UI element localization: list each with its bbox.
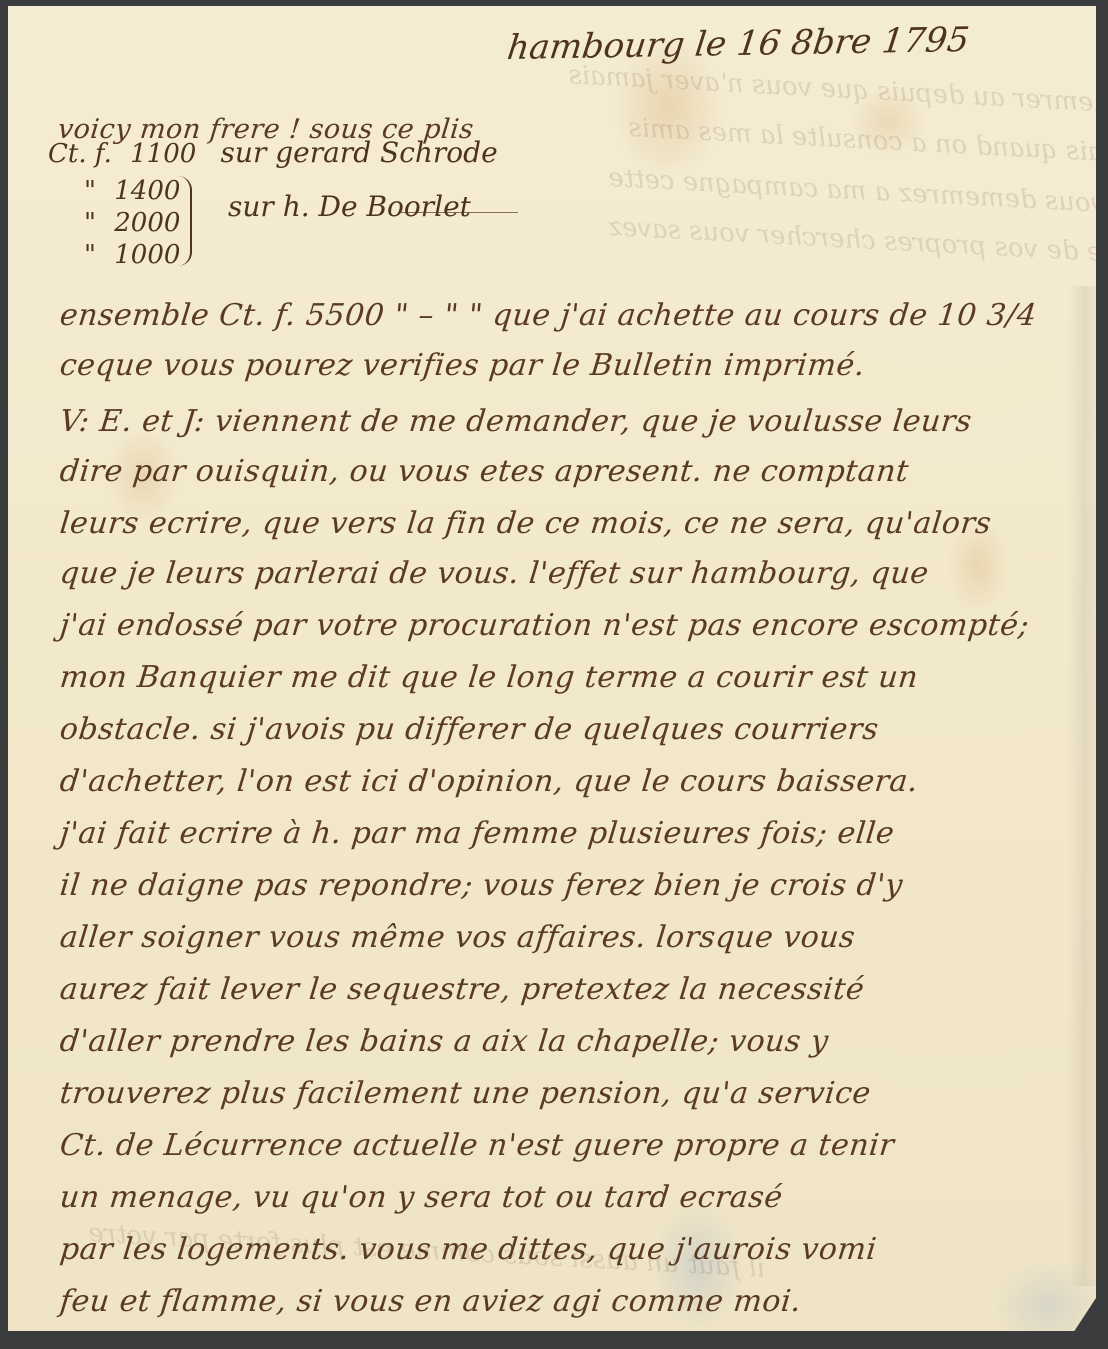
ledger-prefix: Ct. f. xyxy=(48,139,112,169)
ledger-amount: 1400 xyxy=(114,176,180,206)
ledger-prefix: " xyxy=(84,176,96,206)
ledger-amount: 1000 xyxy=(114,240,180,270)
ledger-entry: Ct. f. 1100 sur gerard Schrode xyxy=(48,136,498,169)
fold-shadow xyxy=(1068,286,1096,1286)
body-line: d'aller prendre les bains a aix la chape… xyxy=(58,1024,830,1059)
body-line: feu et flamme, si vous en aviez agi comm… xyxy=(58,1284,803,1319)
body-line: Ct. de Lécurrence actuelle n'est guere p… xyxy=(58,1128,896,1163)
bleed-through: vous dememrez a ma campagne cette xyxy=(608,163,1106,219)
body-line: j'ai endossé par votre procuration n'est… xyxy=(58,608,1031,643)
ledger-group-label: sur h. De Boorlet xyxy=(228,190,471,223)
ledger-label: sur gerard Schrode xyxy=(221,136,498,169)
body-line: par les logements. vous me dittes, que j… xyxy=(58,1232,878,1267)
body-line: aller soigner vous même vos affaires. lo… xyxy=(58,920,857,955)
body-line: un menage, vu qu'on y sera tot ou tard e… xyxy=(58,1180,784,1215)
body-line: trouverez plus facilement une pension, q… xyxy=(58,1076,872,1111)
body-line: dire par ouisquin, ou vous etes apresent… xyxy=(58,454,910,489)
body-line: d'achetter, l'on est ici d'opinion, que … xyxy=(58,764,920,799)
body-line: que je leurs parlerai de vous. l'effet s… xyxy=(58,556,930,591)
bleed-through: date de vos propres chercher vous savez xyxy=(608,212,1108,270)
letter-paper: ʅ dememrer au depuis que vous n'aver jam… xyxy=(8,6,1096,1331)
place-date-heading: hambourg le 16 8bre 1795 xyxy=(505,20,971,68)
ledger-prefix: " xyxy=(84,240,96,270)
ledger-stroke xyxy=(398,212,518,213)
body-line: ceque vous pourez verifies par le Bullet… xyxy=(58,348,866,383)
bleed-through: ʅ dememrer au depuis que vous n'aver jam… xyxy=(568,60,1108,122)
ledger-prefix: " xyxy=(84,208,96,238)
body-line: il ne daigne pas repondre; vous ferez bi… xyxy=(58,868,904,903)
ledger-entry: " 2000 xyxy=(84,208,180,238)
ledger-brace xyxy=(176,176,192,266)
ledger-amount: 1100 xyxy=(130,139,196,169)
ledger-amount: 2000 xyxy=(114,208,180,238)
body-line: j'ai fait ecrire à h. par ma femme plusi… xyxy=(58,816,896,851)
body-line: mon Banquier me dit que le long terme a … xyxy=(58,660,920,695)
body-line: aurez fait lever le sequestre, pretextez… xyxy=(58,972,866,1007)
body-line: V: E. et J: viennent de me demander, que… xyxy=(58,404,973,439)
body-line: leurs ecrire, que vers la fin de ce mois… xyxy=(58,506,993,541)
body-line: obstacle. si j'avois pu differer de quel… xyxy=(58,712,880,747)
ledger-entry: " 1000 xyxy=(84,240,180,270)
bleed-through: mais quand on a consulte la mes amis xyxy=(628,113,1108,169)
body-line: ensemble Ct. f. 5500 " – " " que j'ai ac… xyxy=(58,298,1038,333)
ledger-entry: " 1400 xyxy=(84,176,180,206)
